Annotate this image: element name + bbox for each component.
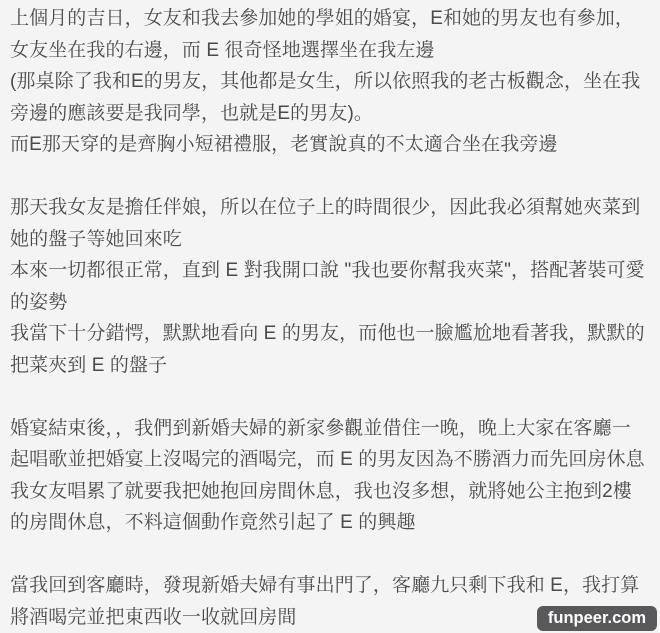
text-line: 我當下十分錯愕，默默地看向 E 的男友，而他也一臉尷尬地看著我，默默的: [10, 318, 652, 350]
text-line: 婚宴結束後，，我們到新婚夫婦的新家參觀並借住一晚，晚上大家在客廳一: [10, 413, 652, 445]
text-line: 當我回到客廳時，發現新婚夫婦有事出門了，客廳九只剩下我和 E，我打算: [10, 570, 652, 602]
text-line: 上個月的吉日，女友和我去參加她的學姐的婚宴，E和她的男友也有參加，: [10, 3, 652, 35]
text-line: 那天我女友是擔任伴娘，所以在位子上的時間很少，因此我必須幫她夾菜到: [10, 192, 652, 224]
text-line: 的房間休息，不料這個動作竟然引起了 E 的興趣: [10, 507, 652, 539]
text-line: 旁邊的應該要是我同學，也就是E的男友)。: [10, 98, 652, 130]
text-line: 把菜夾到 E 的盤子: [10, 350, 652, 382]
text-line: 女友坐在我的右邊，而 E 很奇怪地選擇坐在我左邊: [10, 35, 652, 67]
text-line: 起唱歌並把婚宴上沒喝完的酒喝完，而 E 的男友因為不勝酒力而先回房休息: [10, 444, 652, 476]
story-text: 上個月的吉日，女友和我去參加她的學姐的婚宴，E和她的男友也有參加，女友坐在我的右…: [0, 0, 660, 633]
text-line: 她的盤子等她回來吃: [10, 224, 652, 256]
blank-line: [10, 381, 652, 413]
watermark-badge: funpeer.com: [537, 606, 657, 632]
page: { "page": { "background": "#f4f4f5", "te…: [0, 0, 660, 633]
text-line: 的姿勢: [10, 287, 652, 319]
text-line: 我女友唱累了就要我把她抱回房間休息，我也沒多想，就將她公主抱到2樓: [10, 476, 652, 508]
text-line: 本來一切都很正常，直到 E 對我開口說 "我也要你幫我夾菜"，搭配著裝可愛: [10, 255, 652, 287]
text-line: 而E那天穿的是齊胸小短裙禮服，老實說真的不太適合坐在我旁邊: [10, 129, 652, 161]
text-line: (那桌除了我和E的男友，其他都是女生，所以依照我的老古板觀念，坐在我: [10, 66, 652, 98]
blank-line: [10, 161, 652, 193]
blank-line: [10, 539, 652, 571]
